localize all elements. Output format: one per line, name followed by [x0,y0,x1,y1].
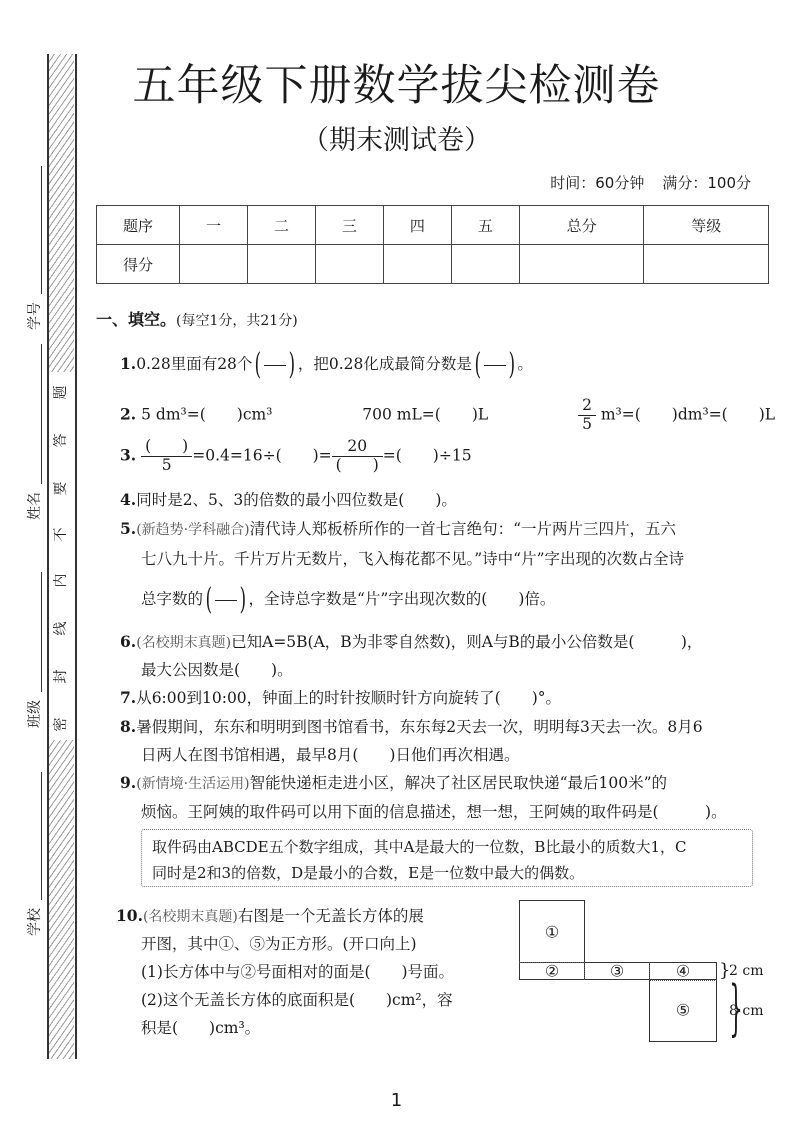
question-text: =0.4=16÷( )= [192,446,331,464]
question-1: 1.0.28里面有28个()，把0.28化成最简分数是()。 [120,350,533,380]
question-5-line-2: 七八九十片。千片万片无数片，飞入梅花都不见。”诗中“片”字出现的次数占全诗 [141,547,684,569]
question-8: 8.暑假期间，东东和明明到图书馆看书，东东每2天去一次，明明每3天去一次。8月6 [120,715,703,737]
question-10-line-4: (2)这个无盖长方体的底面积是( )cm²，容 [141,988,453,1010]
class-underline [41,572,42,692]
denominator: 5 [578,416,596,434]
school-underline [41,772,42,900]
fraction-blank-open: ( [206,585,212,615]
numerator-blank[interactable]: ( ) [141,438,192,457]
score-table-header: 四 [383,206,451,245]
question-number: 6. [120,632,136,651]
fraction-blank-close: ) [289,350,295,380]
fraction-blank[interactable] [264,365,286,366]
score-cell[interactable] [180,245,248,284]
warning-char: 线 [49,616,74,641]
school-label: 学校 [24,908,44,936]
page-title: 五年级下册数学拔尖检测卷 [0,52,793,113]
score-cell[interactable] [644,245,769,284]
section-note: (每空1分，共21分) [176,313,298,329]
score-cell[interactable] [519,245,644,284]
question-tag: (名校期末真题) [143,909,238,925]
score-table: 题序 一 二 三 四 五 总分 等级 得分 [96,205,769,284]
face-label-1: ① [545,923,559,942]
face-label-4: ④ [676,962,690,981]
fraction-blank-close: ) [239,585,245,615]
exam-time: 时间：60分钟 [550,174,644,192]
face-label-3: ③ [610,962,624,981]
question-9: 9.(新情境·生活运用)智能快递柜走进小区，解决了社区居民取快递“最后100米”… [120,771,667,793]
binding-line-right [75,54,77,1059]
score-cell[interactable] [451,245,519,284]
name-label: 姓名 [24,492,44,520]
score-cell[interactable] [247,245,315,284]
question-number: 5. [120,519,136,538]
fold-line [649,962,650,980]
question-tag: (新趋势·学科融合) [136,522,249,538]
question-2: 2. 5 dm³=( )cm³ 700 mL=( )L 25 m³=( )dm³… [120,397,775,434]
warning-char: 不 [49,522,74,547]
question-text: 从6:00到10:00，钟面上的时针按顺时针方向旋转了( )°。 [136,689,561,707]
warning-char: 封 [49,664,74,689]
page-subtitle: （期末测试卷） [0,118,793,157]
question-tag: (名校期末真题) [136,635,231,651]
question-number: 8. [120,717,136,736]
question-text: 暑假期间，东东和明明到图书馆看书，东东每2天去一次，明明每3天去一次。8月6 [136,718,702,736]
name-underline [41,344,42,484]
warning-char: 内 [49,568,74,593]
score-row-label: 得分 [97,245,180,284]
question-10-line-3: (1)长方体中与②号面相对的面是( )号面。 [141,960,454,982]
face-label-2: ② [545,962,559,981]
question-5-line-3: 总字数的()，全诗总字数是“片”字出现次数的( )倍。 [141,585,555,615]
warning-char: 要 [49,476,74,501]
question-6: 6.(名校期末真题)已知A=5B(A，B为非零自然数)，则A与B的最小公倍数是(… [120,630,702,652]
fraction-blank-close: ) [508,350,514,380]
question-text: 同时是2、5、3的倍数的最小四位数是( )。 [136,491,457,509]
question-text: 智能快递柜走进小区，解决了社区居民取快递“最后100米”的 [250,774,667,792]
score-table-header: 三 [315,206,383,245]
face-label-5: ⑤ [676,1001,690,1020]
info-box-line: 同时是2和3的倍数，D是最小的合数，E是一位数中最大的偶数。 [152,860,742,886]
student-id-label: 学号 [24,302,44,330]
pickup-code-info-box: 取件码由ABCDE五个数字组成，其中A是最大的一位数，B比最小的质数大1，C 同… [141,829,753,887]
question-text: 0.28里面有28个 [136,355,252,373]
score-table-header: 一 [180,206,248,245]
fraction: ( )5 [141,438,192,475]
score-cell[interactable] [383,245,451,284]
question-text: ，把0.28化成最简分数是 [298,355,472,373]
question-text: 5 dm³=( )cm³ [141,405,272,423]
score-table-score-row: 得分 [97,245,769,284]
warning-char: 答 [49,428,74,453]
question-10: 10.(名校期末真题)右图是一个无盖长方体的展 [116,904,424,926]
fraction-blank-open: ( [255,350,261,380]
question-number: 3. [120,445,136,464]
question-number: 4. [120,490,136,509]
warning-char: 密 [49,712,74,737]
info-box-line: 取件码由ABCDE五个数字组成，其中A是最大的一位数，B比最小的质数大1，C [152,834,742,860]
question-9-line-2: 烦恼。王阿姨的取件码可以用下面的信息描述，想一想，王阿姨的取件码是( )。 [141,800,727,822]
question-3: 3. ( )5=0.4=16÷( )=20( )=( )÷15 [120,438,472,475]
question-6-line-2: 最大公因数是( )。 [141,658,293,680]
fraction-blank[interactable] [215,600,237,601]
question-number: 9. [120,773,136,792]
question-text: 700 mL=( )L [362,405,488,423]
score-table-header: 五 [451,206,519,245]
question-8-line-2: 日两人在图书馆相遇，最早8月( )日他们再次相遇。 [141,743,519,765]
question-4: 4.同时是2、5、3的倍数的最小四位数是( )。 [120,488,457,510]
fraction-blank-open: ( [475,350,481,380]
score-table-header: 总分 [519,206,644,245]
section-heading: 一、填空。 [96,310,176,329]
question-number: 7. [120,688,136,707]
exam-meta: 时间：60分钟满分：100分 [550,172,751,193]
question-5: 5.(新趋势·学科融合)清代诗人郑板桥所作的一首七言绝句：“一片两片三四片，五六 [120,517,676,539]
dimension-large: 8 cm [729,1003,763,1019]
question-text: 。 [517,355,533,373]
page-number: 1 [0,1090,793,1111]
hatch-bottom [49,740,74,1059]
student-id-underline [41,166,42,294]
question-text: 总字数的 [141,590,203,608]
exam-full-score: 满分：100分 [662,174,751,192]
score-table-header: 题序 [97,206,180,245]
score-cell[interactable] [315,245,383,284]
cuboid-net-diagram: ① ② ③ ④ ⑤ } 2 cm } 8 cm [519,900,769,1050]
question-number: 10. [116,906,143,925]
question-text: 清代诗人郑板桥所作的一首七言绝句：“一片两片三四片，五六 [250,520,676,538]
class-label: 班级 [24,700,44,728]
denominator: 5 [141,457,192,475]
question-10-line-5: 积是( )cm³。 [141,1016,260,1038]
numerator: 20 [332,438,383,457]
fraction: 25 [578,397,596,434]
question-10-line-2: 开图，其中①、⑤为正方形。(开口向上) [141,932,417,954]
score-table-header: 二 [247,206,315,245]
question-text: =( )÷15 [383,446,472,464]
score-table-header-row: 题序 一 二 三 四 五 总分 等级 [97,206,769,245]
score-table-header: 等级 [644,206,769,245]
question-text: m³=( )dm³=( )L [596,405,775,423]
numerator: 2 [578,397,596,416]
warning-char: 题 [49,380,74,405]
question-number: 1. [120,354,136,373]
fold-line [584,962,585,980]
question-text: 右图是一个无盖长方体的展 [238,907,424,925]
question-text: ，全诗总字数是“片”字出现次数的( )倍。 [248,590,555,608]
question-7: 7.从6:00到10:00，钟面上的时针按顺时针方向旋转了( )°。 [120,686,561,708]
question-text: 已知A=5B(A，B为非零自然数)，则A与B的最小公倍数是( )， [231,633,702,651]
fraction-blank[interactable] [484,365,506,366]
fraction: 20( ) [332,438,383,475]
section-title: 一、填空。(每空1分，共21分) [96,307,298,330]
question-number: 2. [120,404,136,423]
denominator-blank[interactable]: ( ) [332,457,383,475]
question-tag: (新情境·生活运用) [136,776,249,792]
